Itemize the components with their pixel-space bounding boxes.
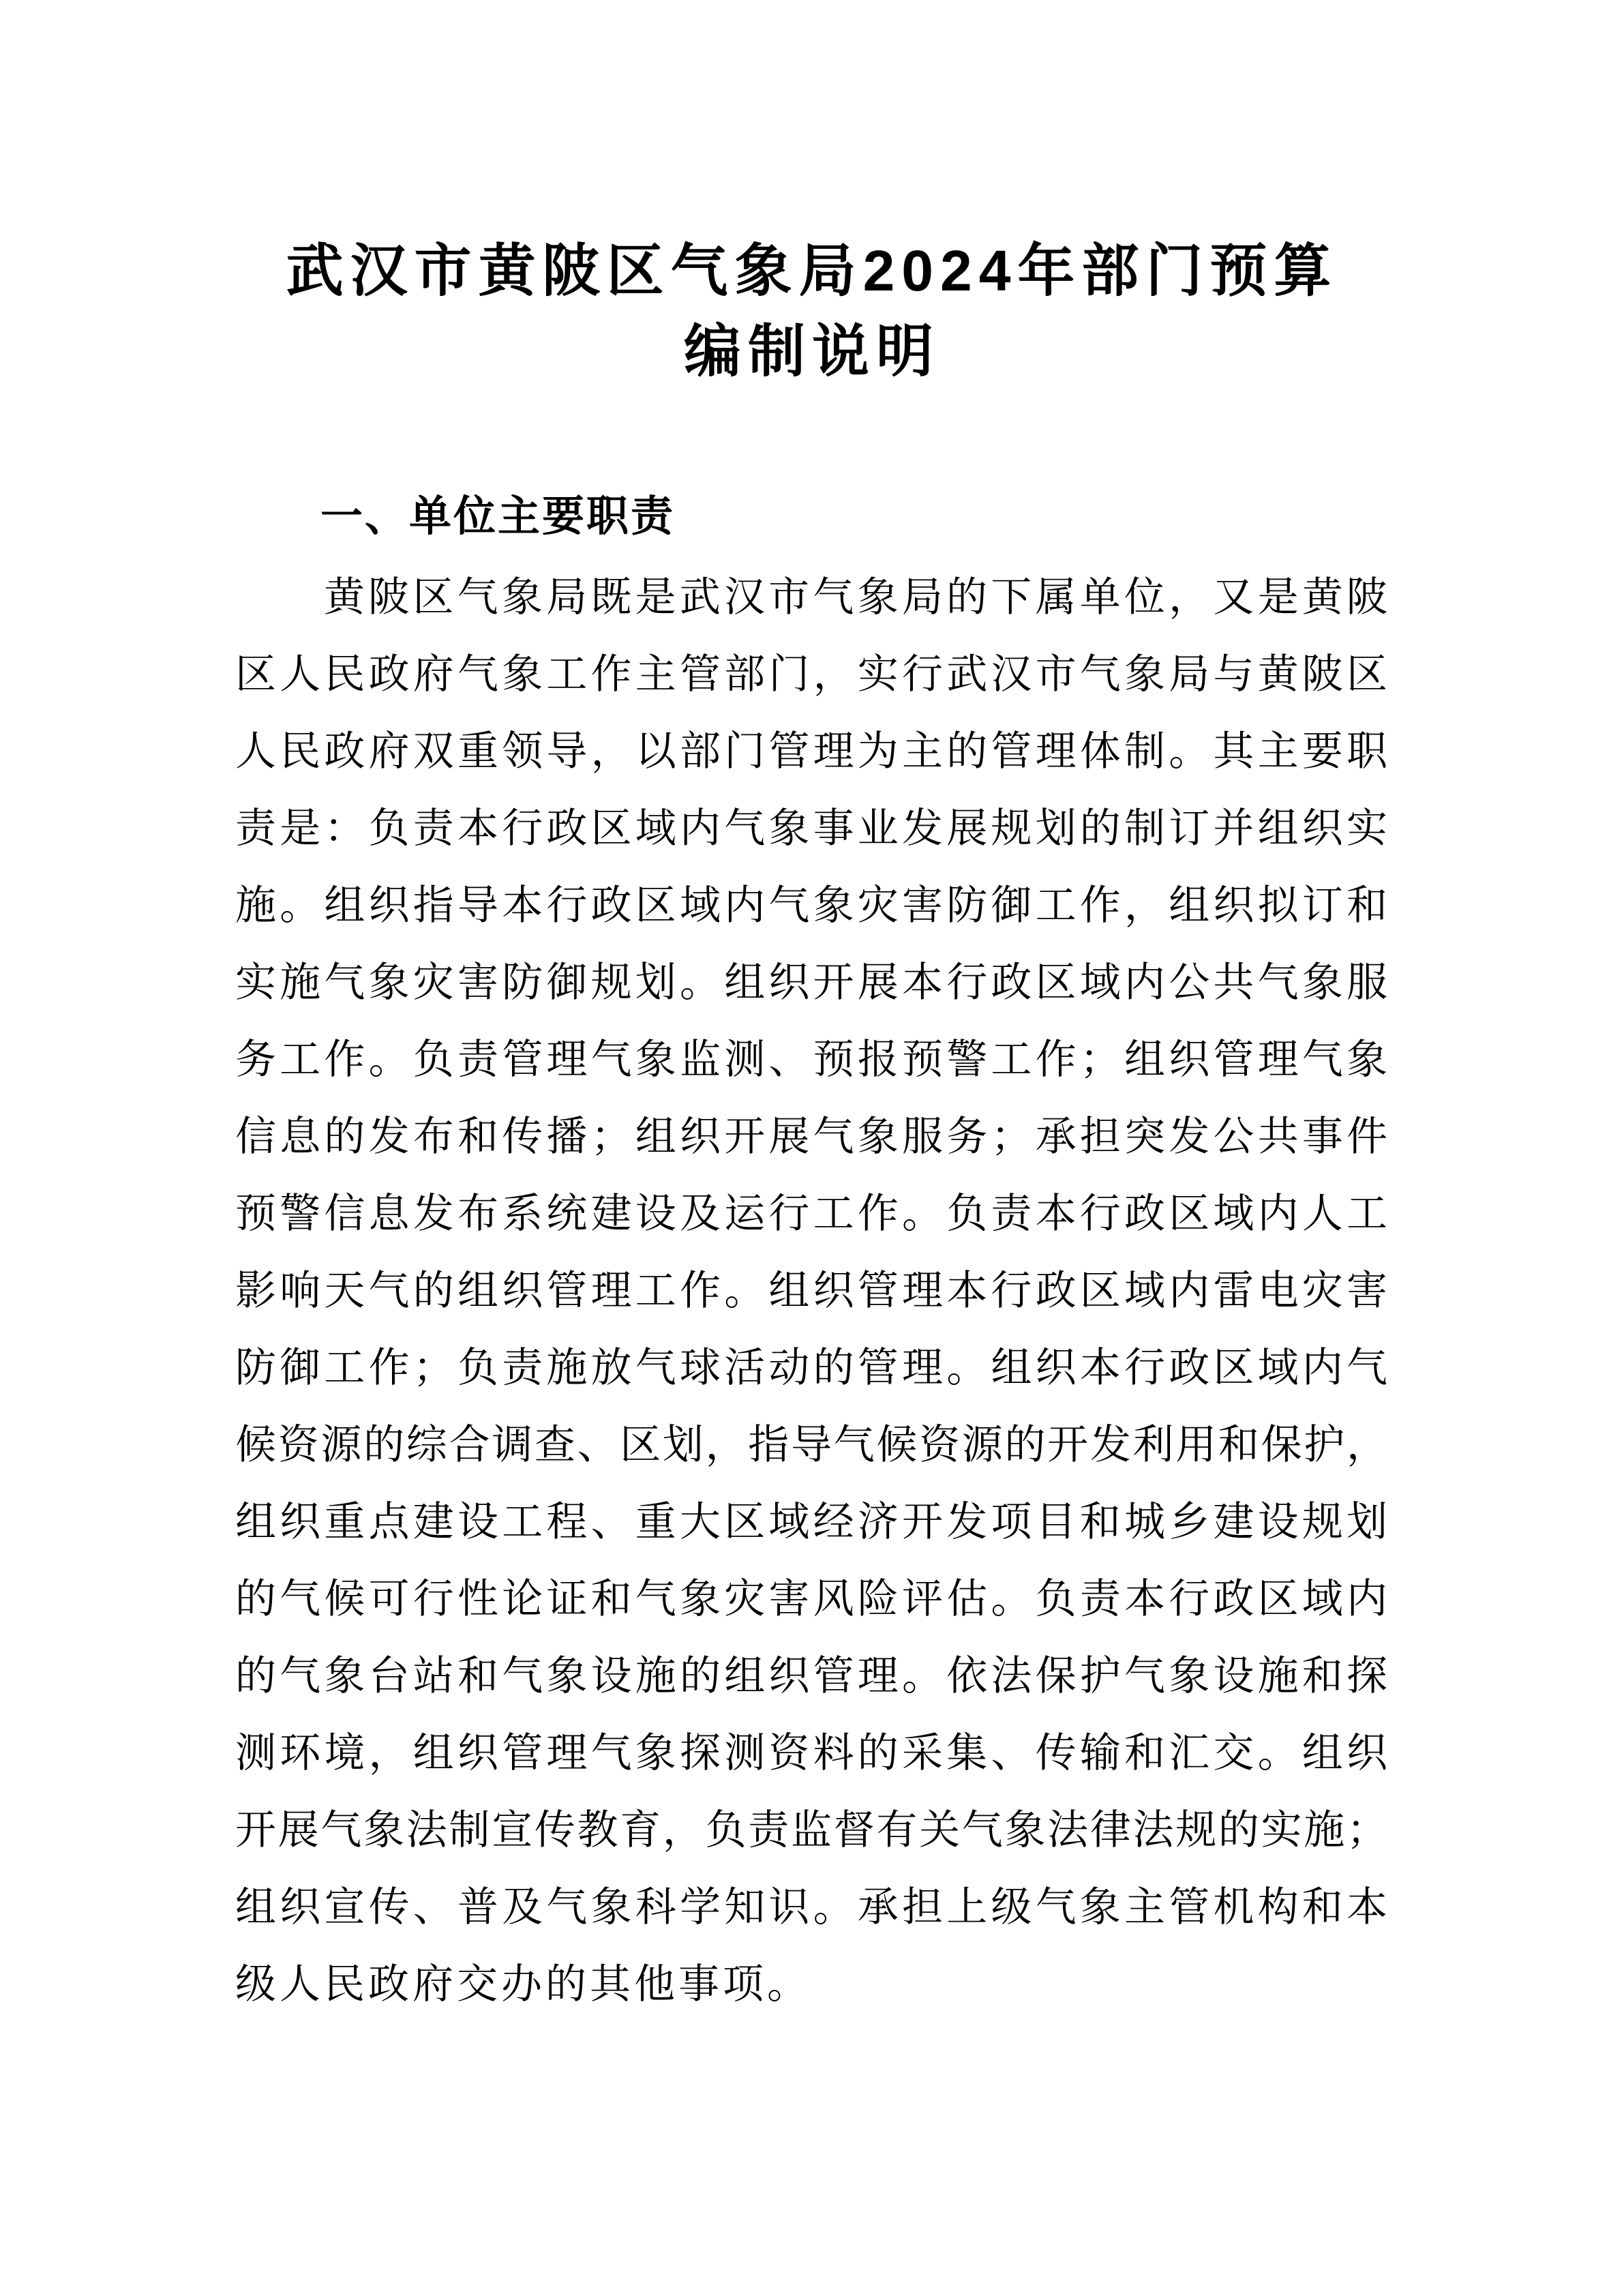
paragraph-line: 组织重点建设工程、重大区域经济开发项目和城乡建设规划 — [235, 1484, 1387, 1561]
paragraph-line: 级人民政府交办的其他事项。 — [235, 1946, 1387, 2023]
paragraph-line: 信息的发布和传播；组织开展气象服务；承担突发公共事件 — [235, 1099, 1387, 1176]
paragraph-line: 候资源的综合调查、区划，指导气候资源的开发利用和保护， — [235, 1407, 1387, 1484]
paragraph-line: 实施气象灾害防御规划。组织开展本行政区域内公共气象服 — [235, 944, 1387, 1022]
paragraph-line: 组织宣传、普及气象科学知识。承担上级气象主管机构和本 — [235, 1869, 1387, 1946]
document-title: 武汉市黄陂区气象局2024年部门预算 编制说明 — [0, 230, 1624, 391]
paragraph-line: 务工作。负责管理气象监测、预报预警工作；组织管理气象 — [235, 1022, 1387, 1099]
document-page: 武汉市黄陂区气象局2024年部门预算 编制说明 一、单位主要职责 黄陂区气象局既… — [0, 0, 1624, 2296]
paragraph-line: 防御工作；负责施放气球活动的管理。组织本行政区域内气 — [235, 1330, 1387, 1407]
document-title-line-1: 武汉市黄陂区气象局2024年部门预算 — [0, 230, 1624, 311]
document-title-line-2: 编制说明 — [0, 311, 1624, 391]
paragraph-line: 责是：负责本行政区域内气象事业发展规划的制订并组织实 — [235, 790, 1387, 867]
paragraph-line: 施。组织指导本行政区域内气象灾害防御工作，组织拟订和 — [235, 867, 1387, 944]
paragraph-line: 开展气象法制宣传教育，负责监督有关气象法律法规的实施； — [235, 1792, 1387, 1869]
paragraph-line: 影响天气的组织管理工作。组织管理本行政区域内雷电灾害 — [235, 1253, 1387, 1330]
paragraph-line: 的气象台站和气象设施的组织管理。依法保护气象设施和探 — [235, 1638, 1387, 1715]
paragraph-line: 测环境，组织管理气象探测资料的采集、传输和汇交。组织 — [235, 1715, 1387, 1792]
paragraph-line: 人民政府双重领导，以部门管理为主的管理体制。其主要职 — [235, 713, 1387, 790]
paragraph-line: 区人民政府气象工作主管部门，实行武汉市气象局与黄陂区 — [235, 636, 1387, 713]
paragraph-line: 预警信息发布系统建设及运行工作。负责本行政区域内人工 — [235, 1176, 1387, 1253]
paragraph-line: 黄陂区气象局既是武汉市气象局的下属单位，又是黄陂 — [235, 559, 1387, 636]
section-heading-main-duties: 一、单位主要职责 — [320, 491, 675, 543]
paragraph-line: 的气候可行性论证和气象灾害风险评估。负责本行政区域内 — [235, 1561, 1387, 1638]
main-duties-paragraph: 黄陂区气象局既是武汉市气象局的下属单位，又是黄陂 区人民政府气象工作主管部门，实… — [235, 559, 1387, 2023]
